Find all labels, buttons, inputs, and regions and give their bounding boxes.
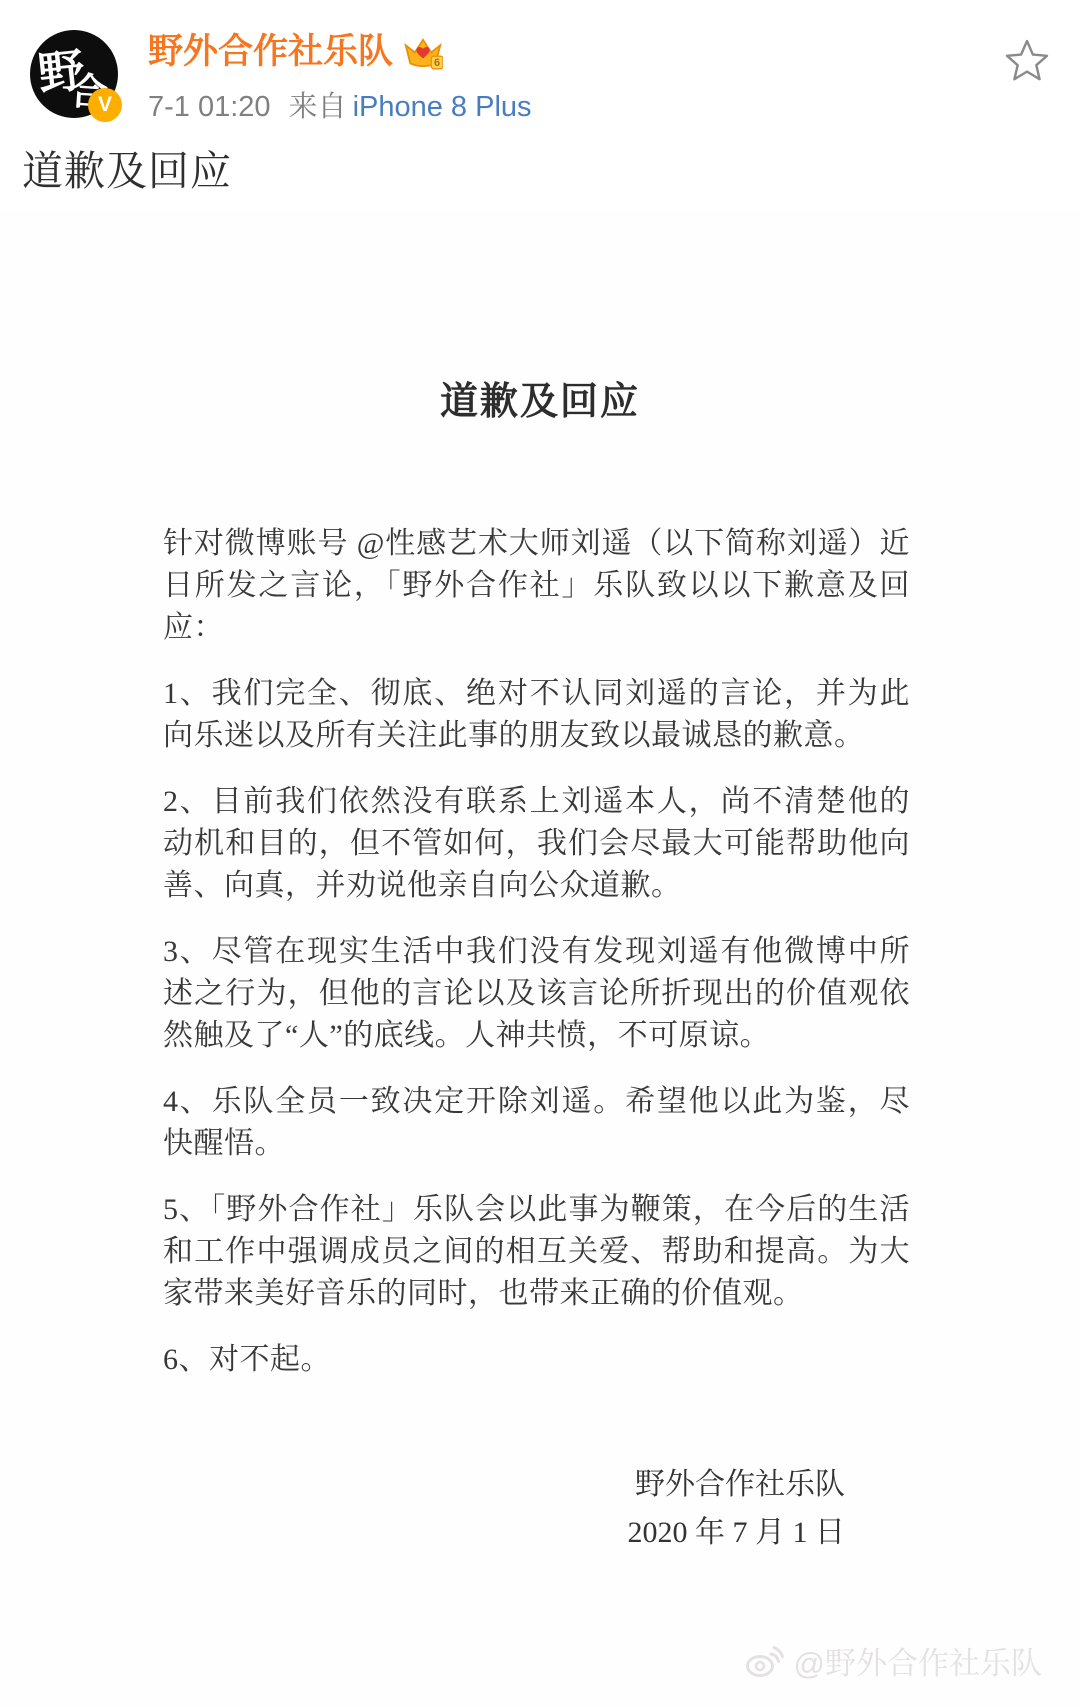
post-title: 道歉及回应 <box>22 138 232 197</box>
letter-item-6: 6、对不起。 <box>163 1339 910 1381</box>
post-meta: 7-1 01:20来自iPhone 8 Plus <box>148 84 532 125</box>
weibo-logo-icon <box>744 1644 786 1678</box>
device-link[interactable]: iPhone 8 Plus <box>353 91 532 123</box>
post-header: 野 合 V 野外合作社乐队 6 7-1 01:20来自iPhone 8 Plus <box>30 30 1050 122</box>
signature-name: 野外合作社乐队 <box>163 1461 845 1509</box>
letter-item-1: 1、我们完全、彻底、绝对不认同刘遥的言论，并为此向乐迷以及所有关注此事的朋友致以… <box>163 673 910 757</box>
header-text: 野外合作社乐队 6 7-1 01:20来自iPhone 8 Plus <box>148 32 532 125</box>
letter-item-3: 3、尽管在现实生活中我们没有发现刘遥有他微博中所述之行为，但他的言论以及该言论所… <box>163 931 910 1057</box>
attached-letter-image[interactable]: 道歉及回应 针对微博账号 @性感艺术大师刘遥（以下简称刘遥）近日所发之言论，「野… <box>0 210 1080 1707</box>
letter-title: 道歉及回应 <box>0 370 1080 425</box>
avatar[interactable]: 野 合 V <box>30 30 118 118</box>
vip-crown-icon: 6 <box>403 35 443 70</box>
letter-signature: 野外合作社乐队 2020 年 7 月 1 日 <box>163 1461 845 1557</box>
weibo-post-page: 野 合 V 野外合作社乐队 6 7-1 01:20来自iPhone 8 Plus <box>0 0 1080 1707</box>
verified-v-badge-icon: V <box>88 88 122 122</box>
letter-item-5: 5、「野外合作社」乐队会以此事为鞭策，在今后的生活和工作中强调成员之间的相互关爱… <box>163 1189 910 1315</box>
letter-body: 针对微博账号 @性感艺术大师刘遥（以下简称刘遥）近日所发之言论，「野外合作社」乐… <box>163 523 910 1557</box>
letter-item-2: 2、目前我们依然没有联系上刘遥本人，尚不清楚他的动机和目的，但不管如何，我们会尽… <box>163 781 910 907</box>
username-link[interactable]: 野外合作社乐队 <box>148 32 393 72</box>
vip-level-number: 6 <box>434 57 440 69</box>
signature-date: 2020 年 7 月 1 日 <box>163 1509 845 1557</box>
favorite-star-icon[interactable] <box>1004 38 1050 84</box>
timestamp: 7-1 01:20 <box>148 91 271 123</box>
letter-intro: 针对微博账号 @性感艺术大师刘遥（以下简称刘遥）近日所发之言论，「野外合作社」乐… <box>163 523 910 649</box>
weibo-watermark: @野外合作社乐队 <box>744 1638 1042 1683</box>
letter-item-4: 4、乐队全员一致决定开除刘遥。希望他以此为鉴，尽快醒悟。 <box>163 1081 910 1165</box>
watermark-text: @野外合作社乐队 <box>794 1638 1042 1683</box>
source-label: 来自 <box>289 91 347 123</box>
